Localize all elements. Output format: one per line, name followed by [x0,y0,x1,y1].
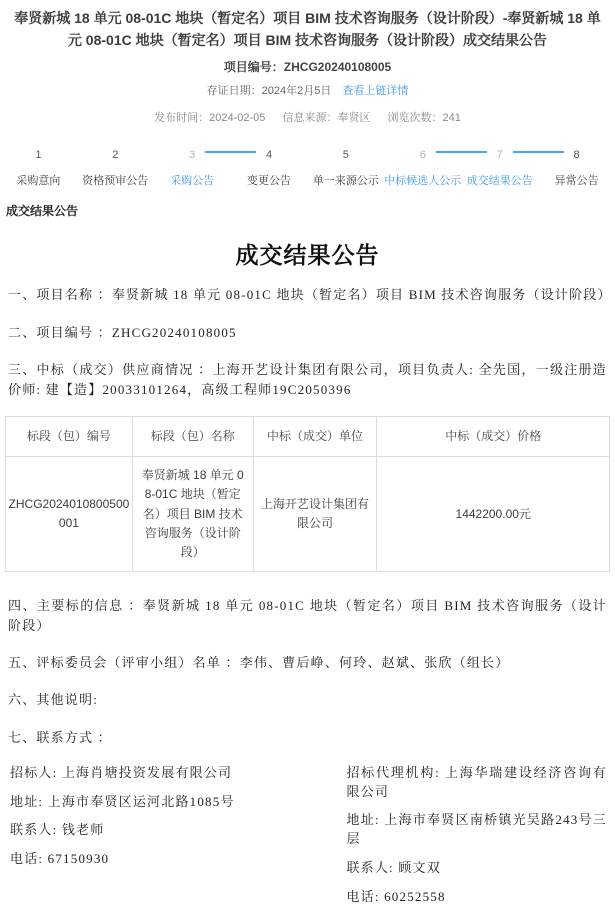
step-label: 资格预审公告 [77,172,154,188]
step-label: 采购意向 [0,172,77,188]
step-purchase-intent: 1 采购意向 [0,145,77,188]
paragraph-supplier-info: 三、中标（成交）供应商情况 ：上海开艺设计集团有限公司，项目负责人: 全先国，一… [8,360,607,400]
tenderer-contact-column: 招标人: 上海肖塘投资发展有限公司 地址: 上海市奉贤区运河北路1085号 联系… [10,754,320,907]
certification-line: 存证日期：2024年2月5日 查看上链详情 [0,82,615,98]
table-row: ZHCG2024010800500001 奉贤新城 18 单元 08-01C 地… [6,457,610,572]
cell-award-unit: 上海开艺设计集团有限公司 [253,457,377,572]
cert-date-label: 存证日期： [207,85,262,97]
agency-contact-column: 招标代理机构: 上海华瑞建设经济咨询有限公司 地址: 上海市奉贤区南桥镇光吴路2… [320,754,607,907]
step-number: 1 [31,148,45,162]
step-number: 3 [185,148,199,162]
cell-package-number: ZHCG2024010800500001 [6,457,133,572]
section-heading: 成交结果公告 [6,202,615,219]
paragraph-other-notes: 六、其他说明: [8,690,607,710]
tenderer-phone: 电话: 67150930 [10,850,306,869]
contact-info-block: 招标人: 上海肖塘投资发展有限公司 地址: 上海市奉贤区运河北路1085号 联系… [10,754,607,907]
tenderer-contact-person: 联系人: 钱老师 [10,821,306,840]
project-number-value: ZHCG20240108005 [284,60,391,74]
publish-time-value: 2024-02-05 [209,112,265,124]
info-source-value: 奉贤区 [337,112,370,124]
step-connector-line [436,151,487,153]
col-header-award-price: 中标（成交）价格 [377,416,610,456]
procurement-stage-stepper: 1 采购意向 2 资格预审公告 3 采购公告 4 变更公告 5 单一来源公示 6… [0,145,615,188]
step-procurement-notice[interactable]: 3 采购公告 [154,145,231,188]
agency-name: 招标代理机构: 上海华瑞建设经济咨询有限公司 [346,764,607,802]
cell-package-name: 奉贤新城 18 单元 08-01C 地块（暂定名）项目 BIM 技术咨询服务（设… [132,457,253,572]
step-number: 5 [339,148,353,162]
project-number-line: 项目编号：ZHCG20240108005 [0,58,615,76]
paragraph-project-name: 一、项目名称 ：奉贤新城 18 单元 08-01C 地块（暂定名）项目 BIM … [8,285,607,305]
step-number: 6 [416,148,430,162]
agency-phone: 电话: 60252558 [346,888,607,907]
step-prequalification: 2 资格预审公告 [77,145,154,188]
paragraph-committee-list: 五、评标委员会（评审小组）名单 ：李伟、曹后峥、何玲、赵斌、张欣（组长） [8,653,607,673]
step-number: 4 [262,148,276,162]
col-header-package-number: 标段（包）编号 [6,416,133,456]
cert-date-value: 2024年2月5日 [262,85,332,97]
step-connector-line [513,151,564,153]
step-number: 7 [493,148,507,162]
tenderer-address: 地址: 上海市奉贤区运河北路1085号 [10,793,306,812]
tenderer-name: 招标人: 上海肖塘投资发展有限公司 [10,764,306,783]
step-label[interactable]: 成交结果公告 [461,172,538,188]
step-number: 2 [108,148,122,162]
paragraph-project-number: 二、项目编号 ：ZHCG20240108005 [8,323,607,343]
page-title: 成交结果公告 [0,237,615,270]
document-title: 奉贤新城 18 单元 08-01C 地块（暂定名）项目 BIM 技术咨询服务（设… [0,8,615,51]
agency-contact-person: 联系人: 顾文双 [346,859,607,878]
publish-info-line: 发布时间：2024-02-05 信息来源：奉贤区 浏览次数：241 [0,109,615,125]
info-source-label: 信息来源： [282,112,337,124]
step-label: 异常公告 [538,172,615,188]
paragraph-subject-info: 四、主要标的信息 ：奉贤新城 18 单元 08-01C 地块（暂定名）项目 BI… [8,596,607,636]
view-count-label: 浏览次数： [388,112,443,124]
step-label[interactable]: 采购公告 [154,172,231,188]
step-label[interactable]: 中标候选人公示 [384,172,461,188]
view-chain-details-link[interactable]: 查看上链详情 [342,85,408,97]
col-header-award-unit: 中标（成交）单位 [253,416,377,456]
publish-time-label: 发布时间： [154,112,209,124]
view-count-value: 241 [443,112,461,124]
award-result-table: 标段（包）编号 标段（包）名称 中标（成交）单位 中标（成交）价格 ZHCG20… [5,416,610,572]
agency-address: 地址: 上海市奉贤区南桥镇光吴路243号三层 [346,811,607,849]
cell-award-price: 1442200.00元 [377,457,610,572]
project-number-label: 项目编号： [224,60,284,74]
step-single-source: 5 单一来源公示 [307,145,384,188]
col-header-package-name: 标段（包）名称 [132,416,253,456]
paragraph-contact-heading: 七、联系方式 ： [8,728,607,748]
table-header-row: 标段（包）编号 标段（包）名称 中标（成交）单位 中标（成交）价格 [6,416,610,456]
step-connector-line [205,151,256,153]
step-label: 单一来源公示 [307,172,384,188]
step-candidate-publicity[interactable]: 6 中标候选人公示 [384,145,461,188]
step-label: 变更公告 [231,172,308,188]
announcement-page: 奉贤新城 18 单元 08-01C 地块（暂定名）项目 BIM 技术咨询服务（设… [0,0,615,923]
step-number: 8 [570,148,584,162]
